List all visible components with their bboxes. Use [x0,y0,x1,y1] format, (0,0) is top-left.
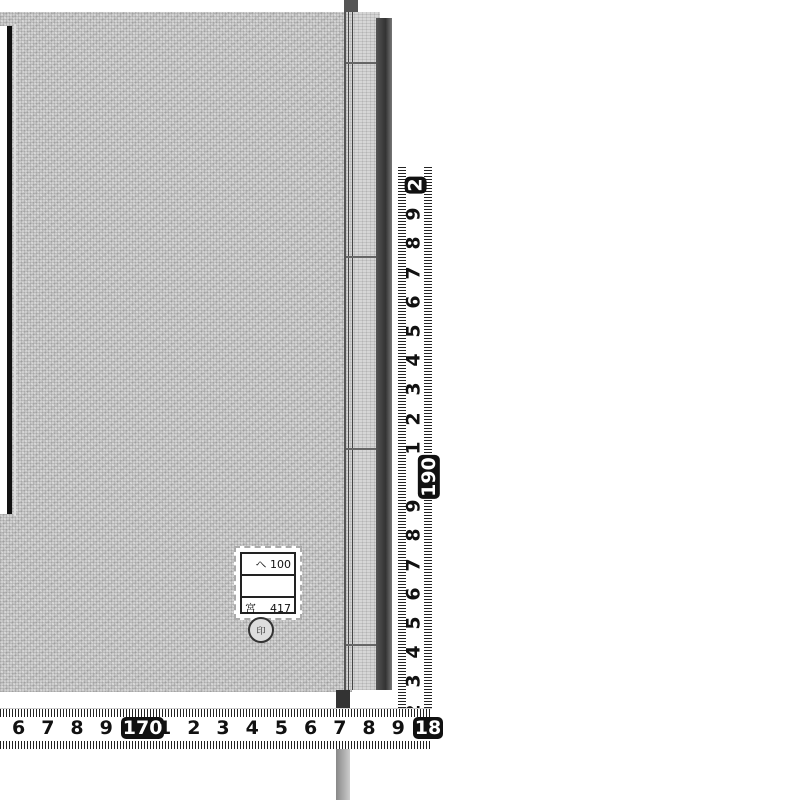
ruler-label: 4 [403,646,425,659]
binding-stitch [346,644,380,646]
ruler-ticks [0,741,432,749]
title-slip [0,26,12,514]
ruler-ticks [0,709,432,717]
binding-stitch [346,448,380,450]
catalog-label: ヘ 100 宮417 [234,546,302,620]
ruler-label: 5 [403,324,425,337]
ownership-seal: 印 [248,617,274,643]
ruler-label: 9 [403,208,425,221]
page-edge-shadow [376,18,392,690]
ruler-label: 5 [403,616,425,629]
ruler-label: 2 [403,412,425,425]
bookmark-tab-bottom [336,690,350,708]
ruler-label: 1 [403,441,425,454]
seal-text: 印 [256,624,265,637]
ruler-label: 9 [392,717,405,739]
ruler-label: 8 [403,529,425,542]
ruler-label: 9 [100,717,113,739]
ruler-label: 3 [403,383,425,396]
ruler-label: 8 [403,237,425,250]
ruler-label: 3 [216,717,229,739]
label-row-middle [242,576,294,598]
horizontal-ruler: 678917012345678918 [0,708,432,749]
ruler-label: 7 [41,717,54,739]
label-row-bottom: 宮417 [242,598,294,618]
ruler-label: 8 [362,717,375,739]
binding-stitch [346,62,380,64]
ruler-label: 6 [12,717,25,739]
label-mark: 宮 [245,600,256,616]
ruler-label: 6 [304,717,317,739]
ruler-label: 4 [246,717,259,739]
ruler-label: 6 [403,295,425,308]
ruler-label: 3 [403,675,425,688]
ruler-label: 2 [187,717,200,739]
ruler-label: 18 [413,717,443,739]
ruler-label: 6 [403,587,425,600]
ruler-label: 5 [275,717,288,739]
bookmark-ribbon [336,745,350,800]
ruler-label: 1 [158,717,171,739]
ruler-label: 7 [333,717,346,739]
vertical-ruler: 298765432119098765432 [398,166,432,708]
ruler-label: 7 [403,558,425,571]
label-number: 417 [270,602,291,615]
binding-thread [348,12,353,690]
ruler-label: 2 [405,176,427,193]
ruler-label: 190 [418,455,440,499]
ruler-ticks [424,166,432,708]
label-row-top: ヘ 100 [242,554,294,576]
book-spine [344,12,380,690]
ruler-label: 9 [403,500,425,513]
label-number: 100 [270,558,291,571]
ruler-label: 7 [403,266,425,279]
label-mark: ヘ [256,556,267,572]
ruler-label: 8 [70,717,83,739]
ruler-label: 4 [403,354,425,367]
binding-stitch [346,256,380,258]
